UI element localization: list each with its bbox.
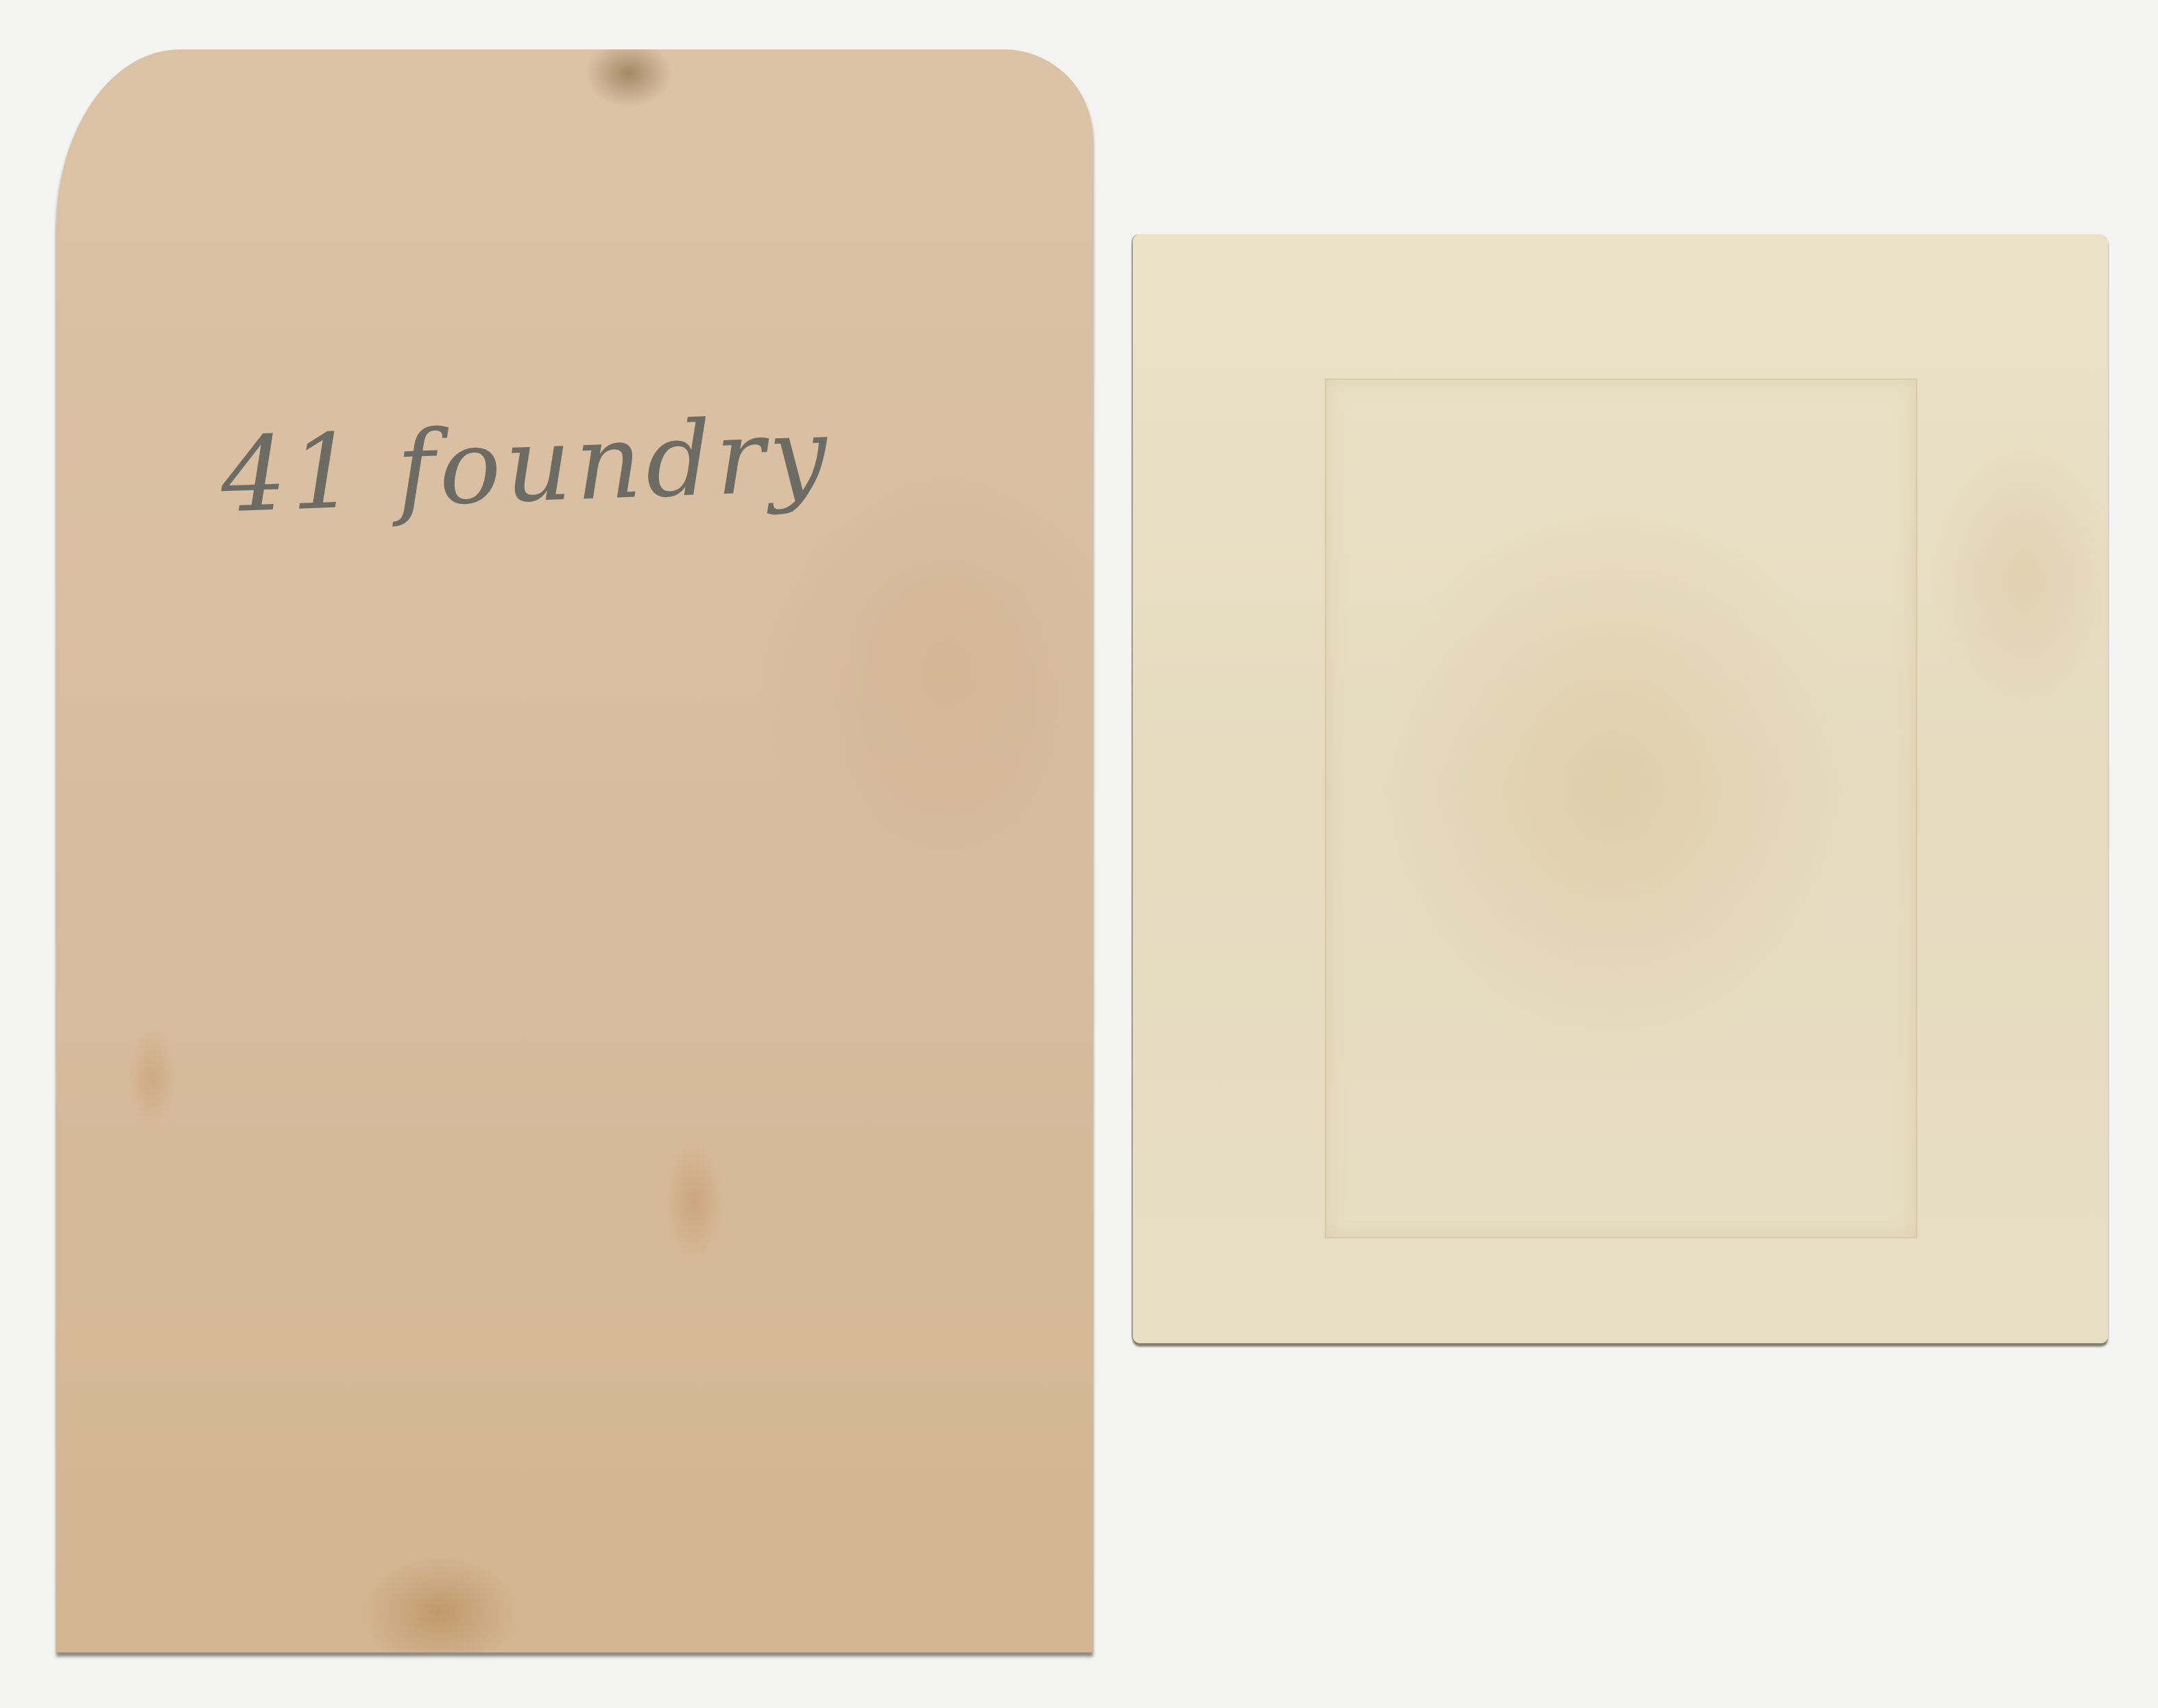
embossed-frame (1325, 378, 1917, 1238)
right-photo-card-back (1133, 234, 2108, 1343)
pencil-inscription: 41 foundry (219, 396, 833, 536)
left-photo-card-back: 41 foundry (56, 49, 1093, 1652)
